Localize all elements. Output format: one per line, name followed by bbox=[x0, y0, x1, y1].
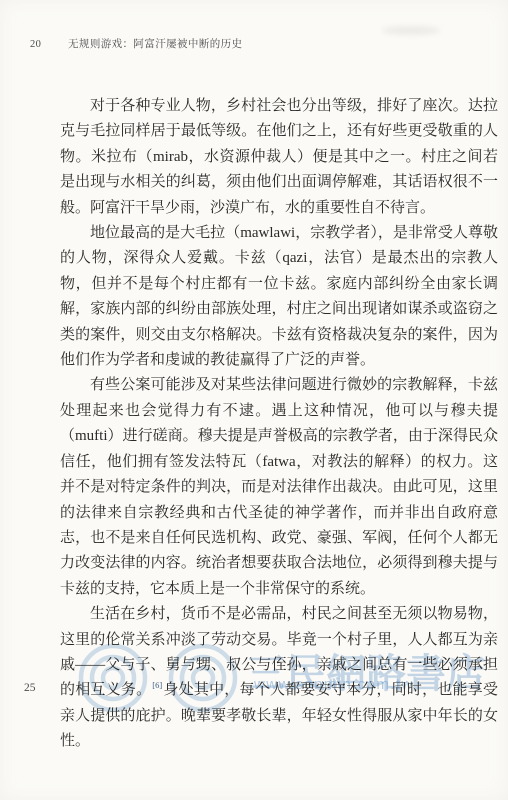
book-page-scan: 20 无规则游戏：阿富汗屡被中断的历史 三民網路書店 www.sanmin.co… bbox=[0, 0, 508, 800]
paragraph-2: 地位最高的是大毛拉（mawlawi，宗教学者），是非常受人尊敬的人物，深得众人爱… bbox=[60, 221, 498, 373]
page-header: 20 无规则游戏：阿富汗屡被中断的历史 bbox=[30, 36, 480, 51]
body-text-block: 对于各种专业人物，乡村社会也分出等级，排好了座次。达拉克与毛拉同样居于最低等级。… bbox=[60, 94, 498, 755]
scan-smudge bbox=[382, 26, 440, 35]
paragraph-4: 生活在乡村，货币不是必需品，村民之间甚至无须以物易物，这里的伦常关系冲淡了劳动交… bbox=[60, 602, 498, 754]
margin-line-number: 25 bbox=[24, 682, 36, 694]
footnote-marker: [6] bbox=[151, 680, 163, 690]
running-header-title: 无规则游戏：阿富汗屡被中断的历史 bbox=[68, 39, 242, 50]
paragraph-1: 对于各种专业人物，乡村社会也分出等级，排好了座次。达拉克与毛拉同样居于最低等级。… bbox=[60, 94, 498, 221]
page-number: 20 bbox=[30, 39, 44, 50]
paragraph-3: 有些公案可能涉及对某些法律问题进行微妙的宗教解释，卡兹处理起来也会觉得力有不逮。… bbox=[60, 373, 498, 602]
